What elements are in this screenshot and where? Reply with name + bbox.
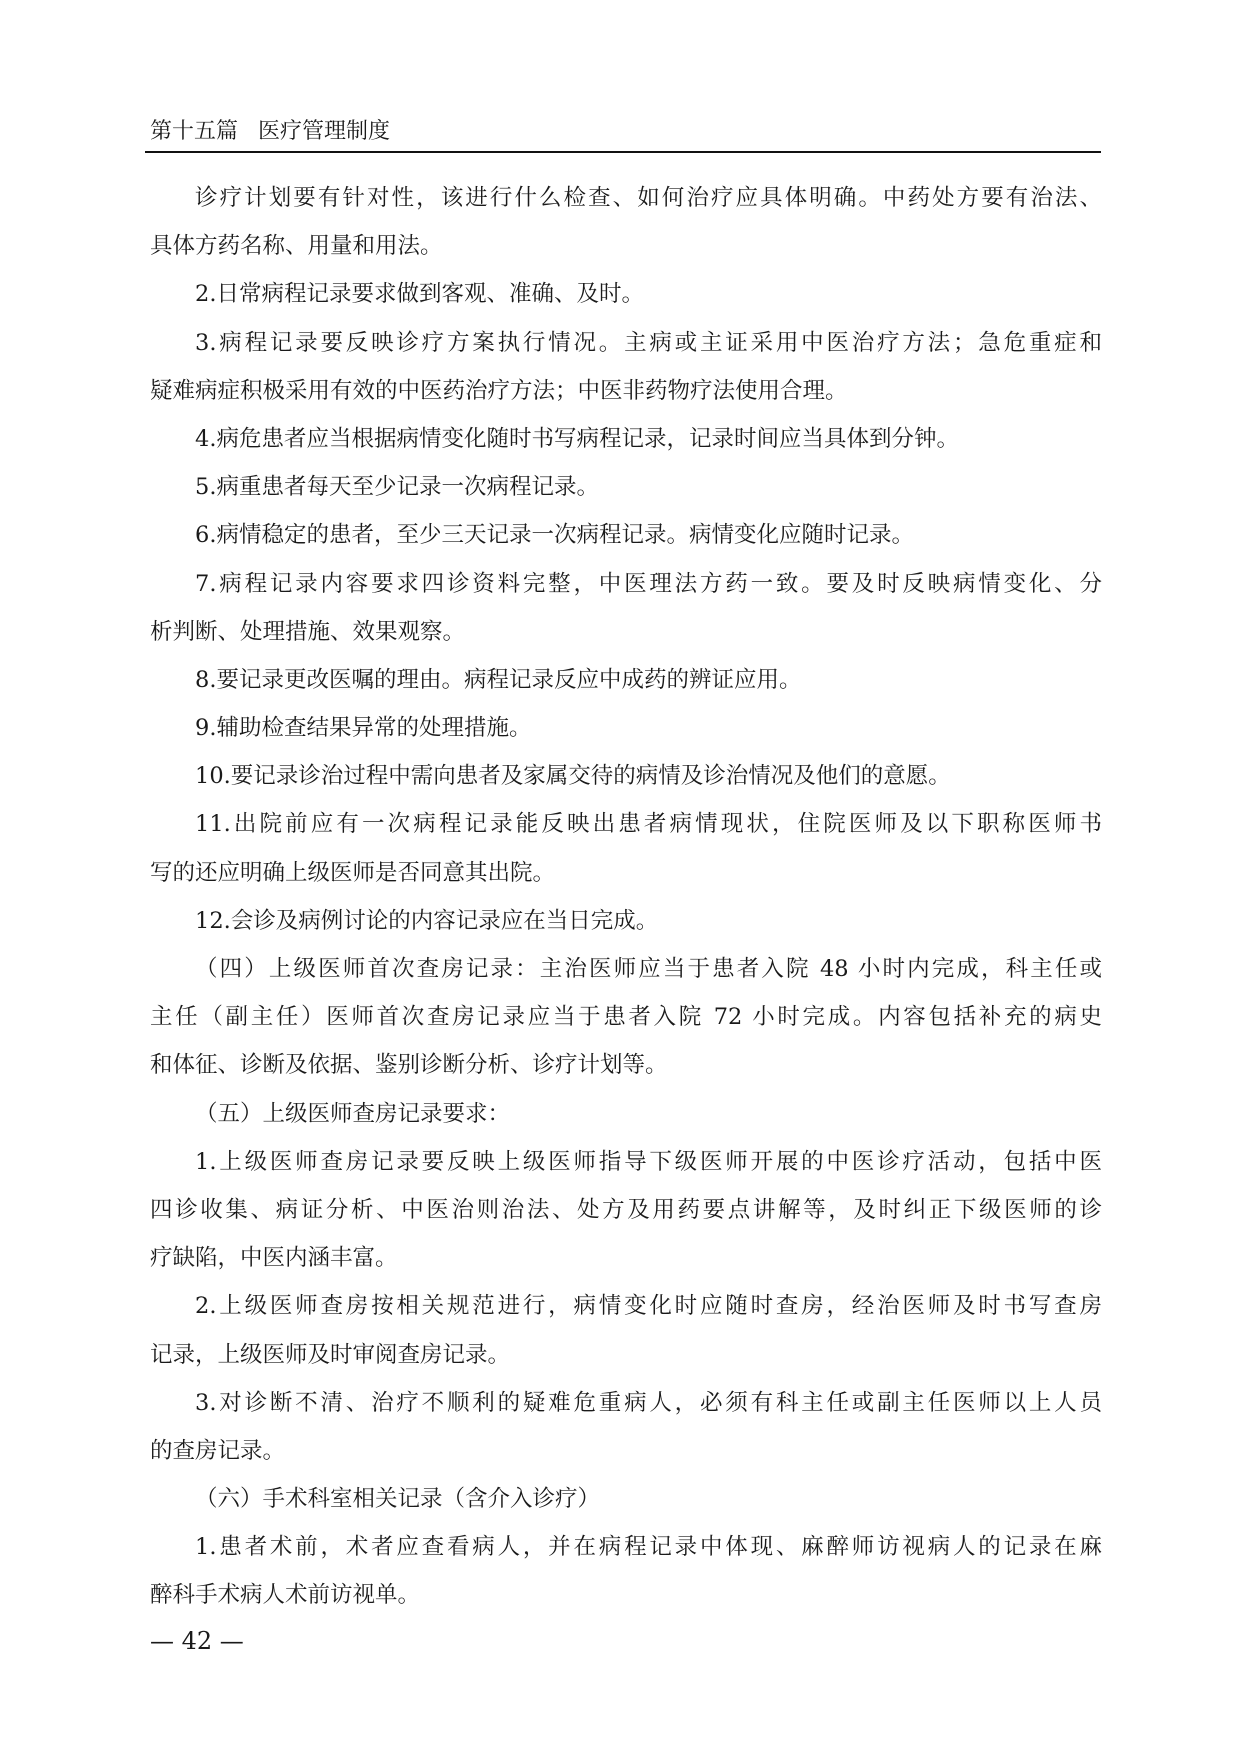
page-number: — 42 —	[150, 1626, 244, 1656]
text-line: 写的还应明确上级医师是否同意其出院。	[150, 849, 1102, 897]
text-line: 1.上级医师查房记录要反映上级医师指导下级医师开展的中医诊疗活动，包括中医	[150, 1138, 1102, 1186]
text-line: 疑难病症积极采用有效的中医药治疗方法；中医非药物疗法使用合理。	[150, 367, 1102, 415]
header-title: 医疗管理制度	[258, 119, 390, 144]
text-line: （六）手术科室相关记录（含介入诊疗）	[150, 1475, 1102, 1523]
text-line: 10.要记录诊治过程中需向患者及家属交待的病情及诊治情况及他们的意愿。	[150, 752, 1102, 800]
text-line: 析判断、处理措施、效果观察。	[150, 608, 1102, 656]
body-text: 诊疗计划要有针对性，该进行什么检查、如何治疗应具体明确。中药处方要有治法、具体方…	[150, 174, 1102, 1620]
text-line: 9.辅助检查结果异常的处理措施。	[150, 704, 1102, 752]
running-header: 第十五篇医疗管理制度	[150, 118, 390, 146]
text-line: 主任（副主任）医师首次查房记录应当于患者入院 72 小时完成。内容包括补充的病史	[150, 993, 1102, 1041]
text-line: 12.会诊及病例讨论的内容记录应在当日完成。	[150, 897, 1102, 945]
text-line: 疗缺陷，中医内涵丰富。	[150, 1234, 1102, 1282]
text-line: 3.对诊断不清、治疗不顺利的疑难危重病人，必须有科主任或副主任医师以上人员	[150, 1379, 1102, 1427]
text-line: 5.病重患者每天至少记录一次病程记录。	[150, 463, 1102, 511]
text-line: 诊疗计划要有针对性，该进行什么检查、如何治疗应具体明确。中药处方要有治法、	[150, 174, 1102, 222]
text-line: 3.病程记录要反映诊疗方案执行情况。主病或主证采用中医治疗方法；急危重症和	[150, 319, 1102, 367]
text-line: （四）上级医师首次查房记录：主治医师应当于患者入院 48 小时内完成，科主任或	[150, 945, 1102, 993]
text-line: 四诊收集、病证分析、中医治则治法、处方及用药要点讲解等，及时纠正下级医师的诊	[150, 1186, 1102, 1234]
text-line: 记录，上级医师及时审阅查房记录。	[150, 1331, 1102, 1379]
text-line: （五）上级医师查房记录要求：	[150, 1090, 1102, 1138]
text-line: 1.患者术前，术者应查看病人，并在病程记录中体现、麻醉师访视病人的记录在麻	[150, 1523, 1102, 1571]
text-line: 的查房记录。	[150, 1427, 1102, 1475]
text-line: 6.病情稳定的患者，至少三天记录一次病程记录。病情变化应随时记录。	[150, 511, 1102, 559]
text-line: 2.上级医师查房按相关规范进行，病情变化时应随时查房，经治医师及时书写查房	[150, 1282, 1102, 1330]
text-line: 具体方药名称、用量和用法。	[150, 222, 1102, 270]
header-rule	[145, 151, 1101, 153]
text-line: 7.病程记录内容要求四诊资料完整，中医理法方药一致。要及时反映病情变化、分	[150, 560, 1102, 608]
text-line: 11.出院前应有一次病程记录能反映出患者病情现状，住院医师及以下职称医师书	[150, 800, 1102, 848]
text-line: 醉科手术病人术前访视单。	[150, 1571, 1102, 1619]
text-line: 2.日常病程记录要求做到客观、准确、及时。	[150, 270, 1102, 318]
header-part: 第十五篇	[150, 119, 238, 144]
text-line: 和体征、诊断及依据、鉴别诊断分析、诊疗计划等。	[150, 1041, 1102, 1089]
text-line: 4.病危患者应当根据病情变化随时书写病程记录，记录时间应当具体到分钟。	[150, 415, 1102, 463]
text-line: 8.要记录更改医嘱的理由。病程记录反应中成药的辨证应用。	[150, 656, 1102, 704]
